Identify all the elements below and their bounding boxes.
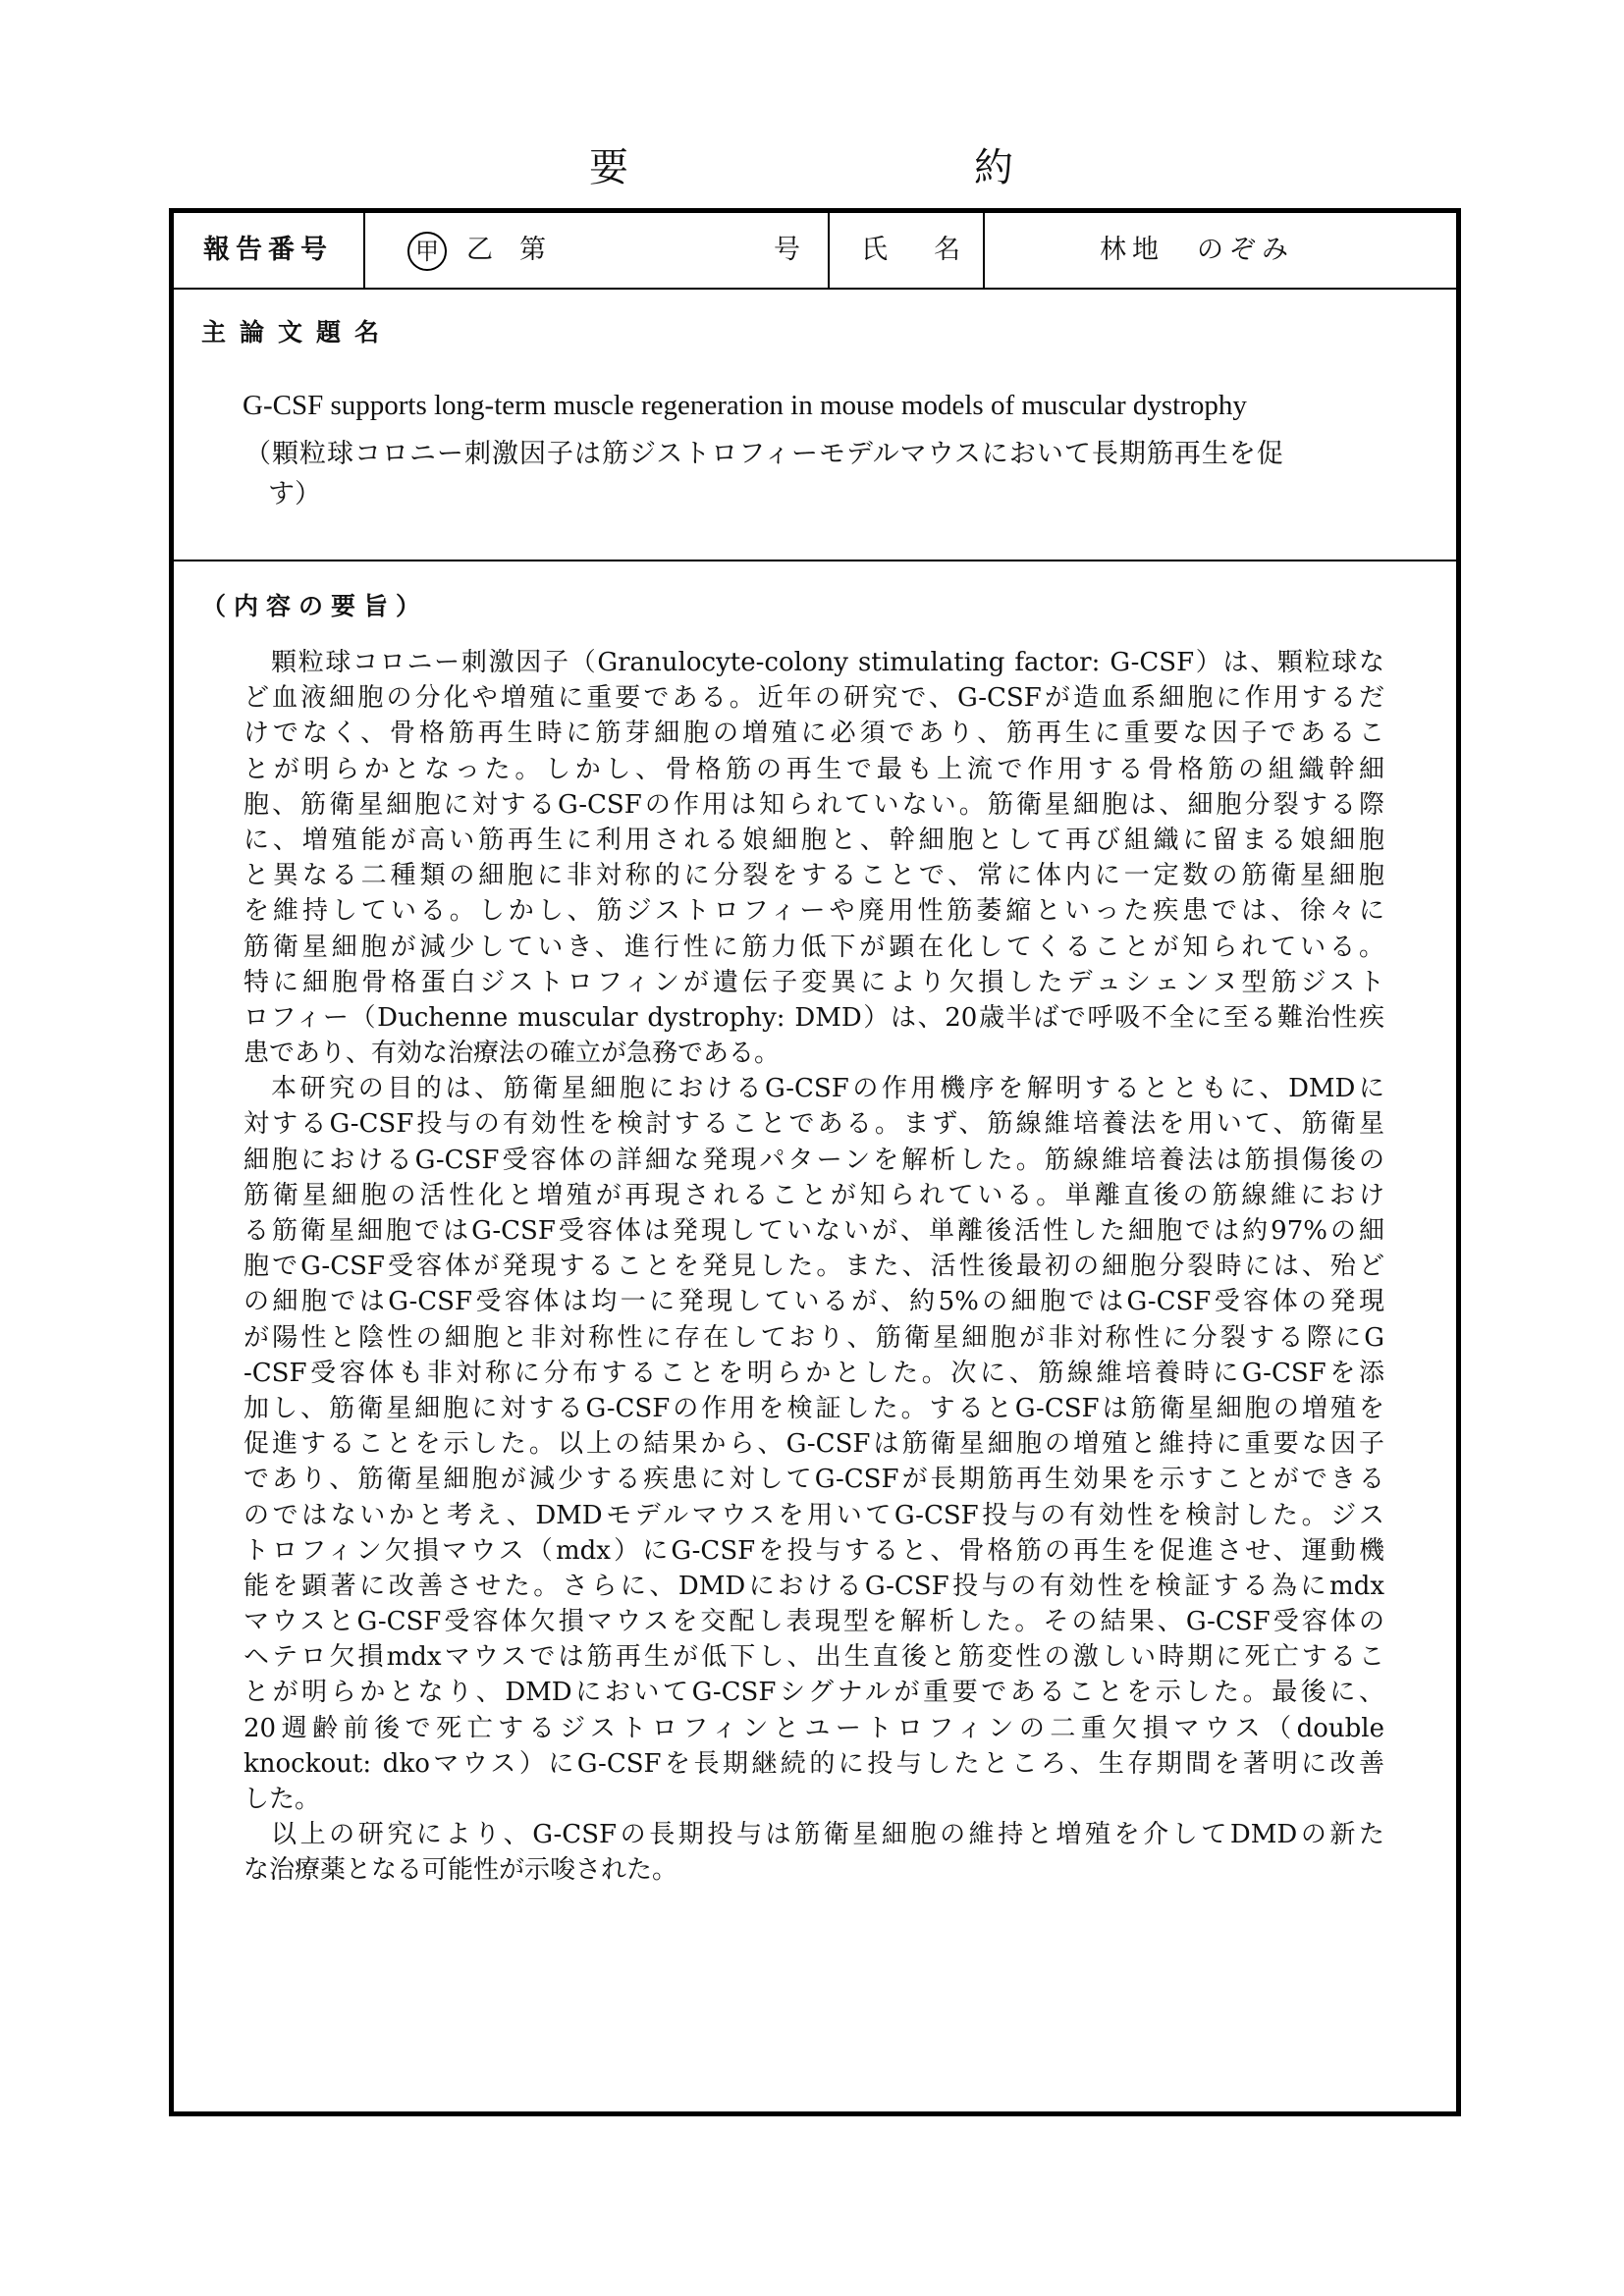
summary-body: 顆粒球コロニー刺激因子（Granulocyte-colony stimulati…: [244, 645, 1384, 1889]
summary-line: けでなく、骨格筋再生時に筋芽細胞の増殖に必須であり、筋再生に重要な因子であるこ: [244, 716, 1384, 751]
summary-line: ヘテロ欠損mdxマウスでは筋再生が低下し、出生直後と筋変性の激しい時期に死亡する…: [244, 1639, 1384, 1675]
summary-line: 20週齢前後で死亡するジストロフィンとユートロフィンの二重欠損マウス（doubl…: [244, 1711, 1384, 1746]
thesis-title-label: 主論文題名: [201, 313, 393, 348]
report-number-label: 報告番号: [203, 213, 333, 288]
page-title-char-1: 要: [589, 143, 628, 192]
summary-form-frame: 報告番号 甲 乙 第 号 氏 名 林地 のぞみ 主論文題名 G-CSF supp…: [169, 208, 1461, 2116]
summary-line: 筋衛星細胞が減少していき、進行性に筋力低下が顕在化してくることが知られている。: [244, 930, 1384, 965]
summary-line: トロフィン欠損マウス（mdx）にG-CSFを投与すると、骨格筋の再生を促進させ、…: [244, 1533, 1384, 1569]
summary-line: ど血液細胞の分化や増殖に重要である。近年の研究で、G-CSFが造血系細胞に作用す…: [244, 680, 1384, 716]
summary-line: とが明らかとなった。しかし、骨格筋の再生で最も上流で作用する骨格筋の組織幹細: [244, 752, 1384, 787]
summary-line: ロフィー（Duchenne muscular dystrophy: DMD）は、…: [244, 1000, 1384, 1036]
summary-line: 加し、筋衛星細胞に対するG-CSFの作用を検証した。するとG-CSFは筋衛星細胞…: [244, 1391, 1384, 1426]
summary-line: とが明らかとなり、DMDにおいてG-CSFシグナルが重要であることを示した。最後…: [244, 1675, 1384, 1710]
report-gou-label: 号: [774, 213, 800, 288]
summary-line: 顆粒球コロニー刺激因子（Granulocyte-colony stimulati…: [244, 645, 1384, 680]
summary-line: と異なる二種類の細胞に非対称的に分裂をすることで、常に体内に一定数の筋衛星細胞: [244, 858, 1384, 893]
summary-line: 本研究の目的は、筋衛星細胞におけるG-CSFの作用機序を解明するとともに、DMD…: [244, 1071, 1384, 1106]
report-type-kou: 甲: [407, 213, 447, 288]
header-row: 報告番号 甲 乙 第 号 氏 名 林地 のぞみ: [174, 213, 1456, 290]
summary-label: （内容の要旨）: [201, 587, 428, 622]
summary-line: 以上の研究により、G-CSFの長期投与は筋衛星細胞の維持と増殖を介してDMDの新…: [244, 1817, 1384, 1852]
kou-circled-mark: 甲: [407, 232, 447, 271]
summary-line: 細胞におけるG-CSF受容体の詳細な発現パターンを解析した。筋線維培養法は筋損傷…: [244, 1143, 1384, 1178]
summary-line: マウスとG-CSF受容体欠損マウスを交配し表現型を解析した。その結果、G-CSF…: [244, 1604, 1384, 1639]
thesis-title-japanese-1: （顆粒球コロニー刺激因子は筋ジストロフィーモデルマウスにおいて長期筋再生を促: [244, 432, 1284, 470]
divider: [828, 213, 830, 288]
summary-line: 特に細胞骨格蛋白ジストロフィンが遺伝子変異により欠損したデュシェンヌ型筋ジスト: [244, 965, 1384, 1000]
summary-line: な治療薬となる可能性が示唆された。: [244, 1852, 1384, 1888]
summary-line: であり、筋衛星細胞が減少する疾患に対してG-CSFが長期筋再生効果を示すことがで…: [244, 1462, 1384, 1497]
summary-line: 促進することを示した。以上の結果から、G-CSFは筋衛星細胞の増殖と維持に重要な…: [244, 1426, 1384, 1462]
report-dai-label: 第: [519, 213, 546, 288]
page-title-char-2: 約: [974, 143, 1013, 192]
author-name: 林地 のぞみ: [1100, 213, 1294, 288]
summary-line: 胞、筋衛星細胞に対するG-CSFの作用は知られていない。筋衛星細胞は、細胞分裂す…: [244, 787, 1384, 823]
summary-line: した。: [244, 1782, 1384, 1817]
report-type-otsu: 乙: [466, 213, 493, 288]
summary-line: 筋衛星細胞の活性化と増殖が再現されることが知られている。単離直後の筋線維におけ: [244, 1178, 1384, 1213]
summary-line: に、増殖能が高い筋再生に利用される娘細胞と、幹細胞として再び組織に留まる娘細胞: [244, 823, 1384, 858]
thesis-title-english: G-CSF supports long-term muscle regenera…: [243, 390, 1247, 422]
summary-section: （内容の要旨） 顆粒球コロニー刺激因子（Granulocyte-colony s…: [174, 561, 1456, 2111]
thesis-title-section: 主論文題名 G-CSF supports long-term muscle re…: [174, 290, 1456, 561]
summary-line: 胞でG-CSF受容体が発現することを発見した。また、活性後最初の細胞分裂時には、…: [244, 1249, 1384, 1284]
summary-line: のではないかと考え、DMDモデルマウスを用いてG-CSF投与の有効性を検討した。…: [244, 1498, 1384, 1533]
thesis-title-japanese-2: す）: [268, 472, 321, 510]
summary-line: knockout: dkoマウス）にG-CSFを長期継続的に投与したところ、生存…: [244, 1746, 1384, 1782]
summary-line: 能を顕著に改善させた。さらに、DMDにおけるG-CSF投与の有効性を検証する為に…: [244, 1569, 1384, 1604]
summary-line: が陽性と陰性の細胞と非対称性に存在しており、筋衛星細胞が非対称性に分裂する際にG: [244, 1320, 1384, 1356]
summary-line: 患であり、有効な治療法の確立が急務である。: [244, 1036, 1384, 1071]
divider: [363, 213, 365, 288]
summary-line: る筋衛星細胞ではG-CSF受容体は発現していないが、単離後活性した細胞では約97…: [244, 1213, 1384, 1249]
summary-line: 対するG-CSF投与の有効性を検討することである。まず、筋線維培養法を用いて、筋…: [244, 1106, 1384, 1142]
summary-line: -CSF受容体も非対称に分布することを明らかとした。次に、筋線維培養時にG-CS…: [244, 1356, 1384, 1391]
divider: [983, 213, 985, 288]
page-title: 要 約: [0, 143, 1624, 192]
summary-line: の細胞ではG-CSF受容体は均一に発現しているが、約5%の細胞ではG-CSF受容…: [244, 1284, 1384, 1319]
summary-line: を維持している。しかし、筋ジストロフィーや廃用性筋萎縮といった疾患では、徐々に: [244, 893, 1384, 929]
name-label: 氏 名: [861, 213, 970, 288]
